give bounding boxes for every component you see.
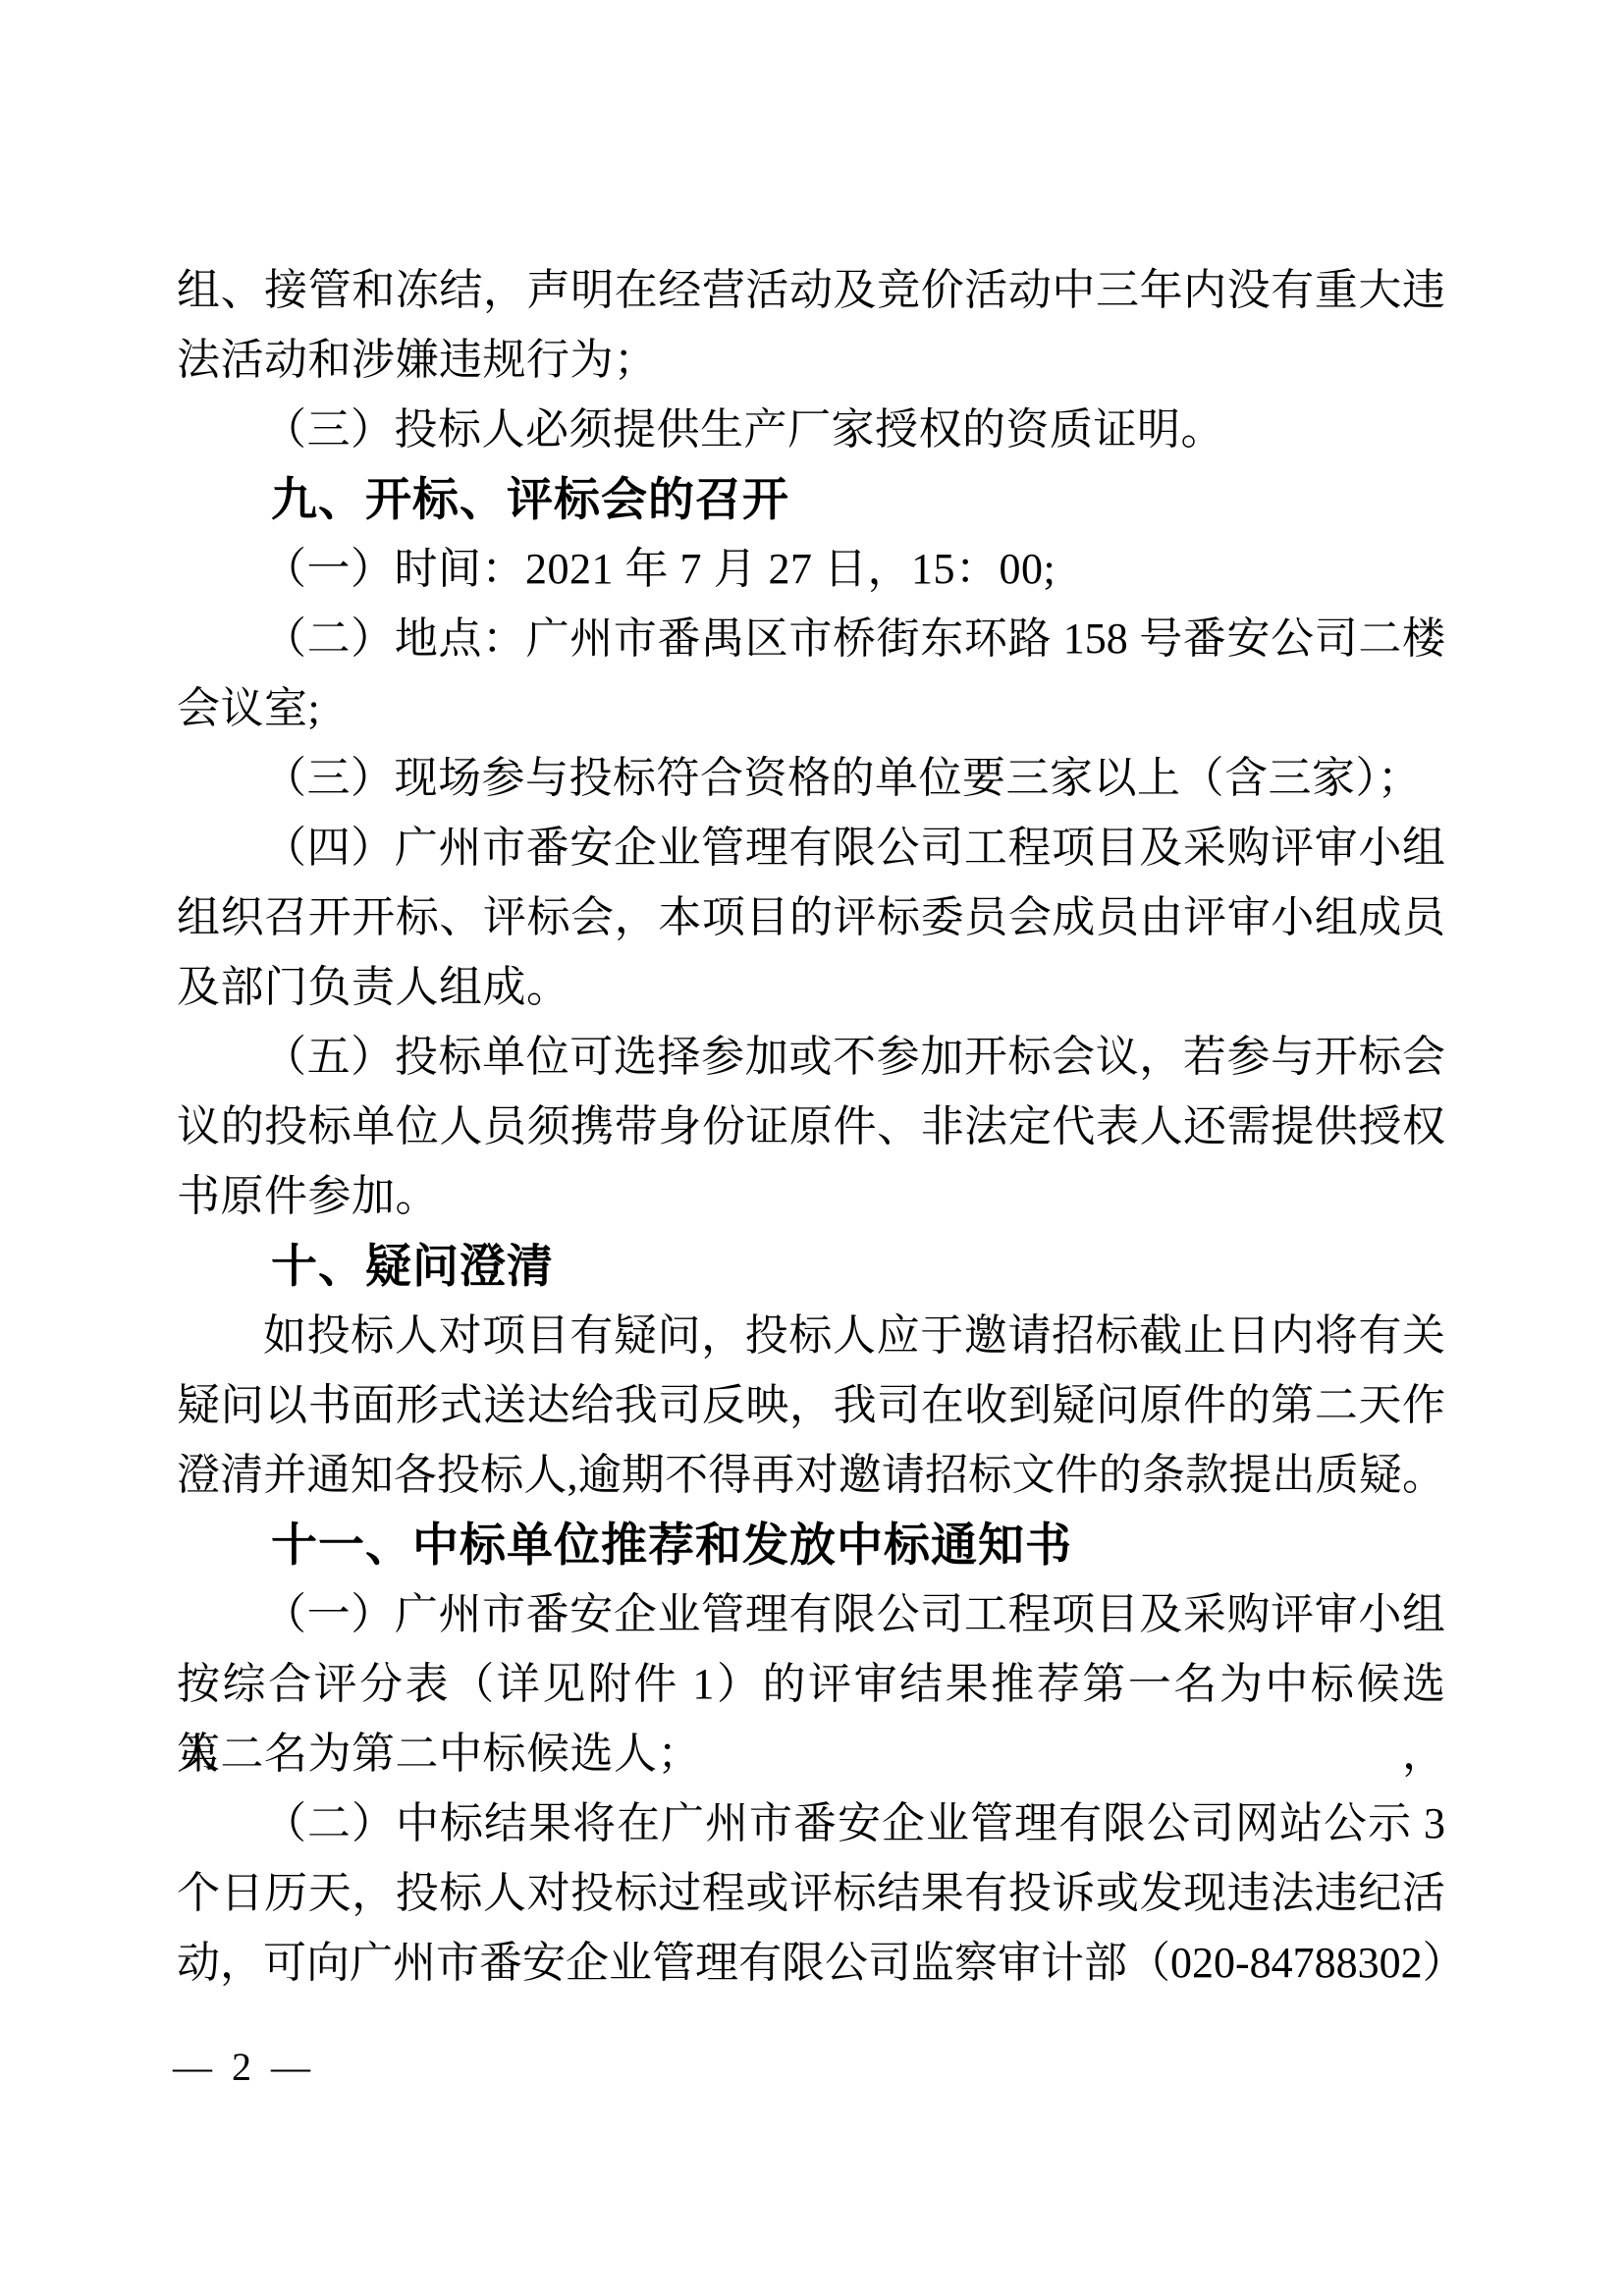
text-line: 议的投标单位人员须携带身份证原件、非法定代表人还需提供授权 bbox=[177, 1092, 1445, 1161]
text-line: 个日历天，投标人对投标过程或评标结果有投诉或发现违法违纪活 bbox=[177, 1858, 1445, 1928]
text-line: 组织召开开标、评标会，本项目的评标委员会成员由评审小组成员 bbox=[177, 882, 1445, 952]
section-heading: 九、开标、评标会的召开 bbox=[177, 464, 1445, 534]
text-line: 澄清并通知各投标人,逾期不得再对邀请招标文件的条款提出质疑。 bbox=[177, 1440, 1445, 1510]
text-line: （二）地点：广州市番禺区市桥街东环路 158 号番安公司二楼 bbox=[177, 604, 1445, 673]
document-page: 组、接管和冻结，声明在经营活动及竞价活动中三年内没有重大违法活动和涉嫌违规行为；… bbox=[0, 0, 1624, 2296]
text-line: 会议室; bbox=[177, 673, 1445, 743]
text-line: （二）中标结果将在广州市番安企业管理有限公司网站公示 3 bbox=[177, 1789, 1445, 1858]
text-line: 法活动和涉嫌违规行为； bbox=[177, 325, 1445, 395]
text-line: （三）现场参与投标符合资格的单位要三家以上（含三家）； bbox=[177, 743, 1445, 813]
text-line: 如投标人对项目有疑问，投标人应于邀请招标截止日内将有关 bbox=[177, 1301, 1445, 1370]
page-number-footer: — 2 — bbox=[173, 2044, 315, 2091]
text-line: （四）广州市番安企业管理有限公司工程项目及采购评审小组 bbox=[177, 813, 1445, 882]
text-line: （五）投标单位可选择参加或不参加开标会议，若参与开标会 bbox=[177, 1022, 1445, 1092]
section-heading: 十、疑问澄清 bbox=[177, 1231, 1445, 1301]
document-body: 组、接管和冻结，声明在经营活动及竞价活动中三年内没有重大违法活动和涉嫌违规行为；… bbox=[177, 255, 1445, 1998]
text-line: 组、接管和冻结，声明在经营活动及竞价活动中三年内没有重大违 bbox=[177, 255, 1445, 325]
text-line: （一）时间：2021 年 7 月 27 日，15：00; bbox=[177, 534, 1445, 604]
text-line: 及部门负责人组成。 bbox=[177, 952, 1445, 1022]
text-line: 书原件参加。 bbox=[177, 1161, 1445, 1231]
text-line: （一）广州市番安企业管理有限公司工程项目及采购评审小组 bbox=[177, 1579, 1445, 1649]
text-line: 动，可向广州市番安企业管理有限公司监察审计部（020-84788302） bbox=[177, 1928, 1445, 1998]
text-line: 疑问以书面形式送达给我司反映，我司在收到疑问原件的第二天作 bbox=[177, 1370, 1445, 1440]
text-line: 按综合评分表（详见附件 1）的评审结果推荐第一名为中标候选人， bbox=[177, 1649, 1445, 1719]
text-line: （三）投标人必须提供生产厂家授权的资质证明。 bbox=[177, 395, 1445, 464]
section-heading: 十一、中标单位推荐和发放中标通知书 bbox=[177, 1510, 1445, 1579]
